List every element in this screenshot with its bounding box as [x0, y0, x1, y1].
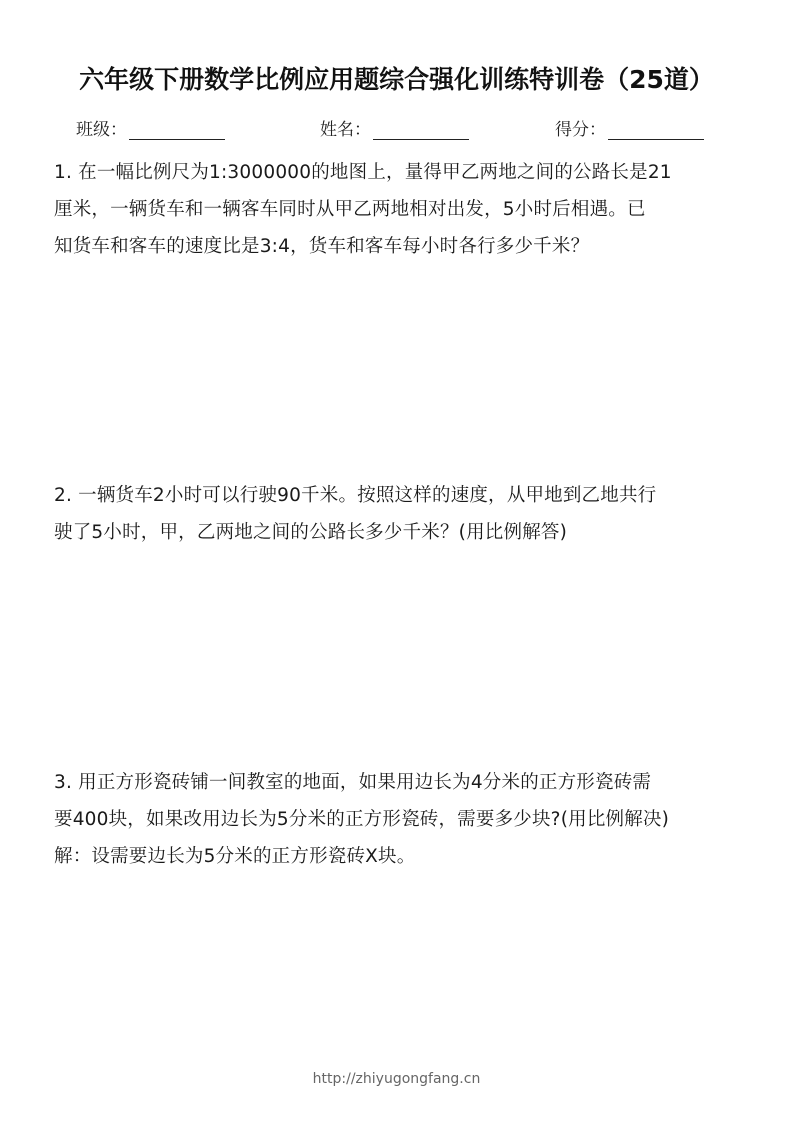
score-blank[interactable]: [608, 121, 704, 140]
score-label: 得分：: [555, 115, 606, 140]
question-3: 3. 用正方形瓷砖铺一间教室的地面，如果用边长为4分米的正方形瓷砖需 要400块…: [54, 764, 754, 875]
name-field: 姓名：: [320, 115, 469, 140]
question-line: 2. 一辆货车2小时可以行驶90千米。按照这样的速度，从甲地到乙地共行: [54, 477, 754, 514]
class-blank[interactable]: [129, 121, 225, 140]
question-line: 3. 用正方形瓷砖铺一间教室的地面，如果用边长为4分米的正方形瓷砖需: [54, 764, 754, 801]
footer-url: http://zhiyugongfang.cn: [0, 1071, 793, 1087]
score-field: 得分：: [555, 115, 704, 140]
question-1: 1. 在一幅比例尺为1:3000000的地图上，量得甲乙两地之间的公路长是21 …: [54, 154, 754, 265]
question-line: 厘米，一辆货车和一辆客车同时从甲乙两地相对出发，5小时后相遇。已: [54, 191, 754, 228]
class-label: 班级：: [76, 115, 127, 140]
student-info-row: 班级： 姓名： 得分：: [0, 115, 793, 141]
question-line: 知货车和客车的速度比是3:4，货车和客车每小时各行多少千米？: [54, 228, 754, 265]
name-blank[interactable]: [373, 121, 469, 140]
question-2: 2. 一辆货车2小时可以行驶90千米。按照这样的速度，从甲地到乙地共行 驶了5小…: [54, 477, 754, 551]
question-line: 解：设需要边长为5分米的正方形瓷砖X块。: [54, 838, 754, 875]
name-label: 姓名：: [320, 115, 371, 140]
class-field: 班级：: [76, 115, 225, 140]
page-title: 六年级下册数学比例应用题综合强化训练特训卷（25道）: [0, 60, 793, 96]
question-line: 驶了5小时，甲，乙两地之间的公路长多少千米？(用比例解答): [54, 514, 754, 551]
question-line: 要400块，如果改用边长为5分米的正方形瓷砖，需要多少块?(用比例解决): [54, 801, 754, 838]
question-line: 1. 在一幅比例尺为1:3000000的地图上，量得甲乙两地之间的公路长是21: [54, 154, 754, 191]
